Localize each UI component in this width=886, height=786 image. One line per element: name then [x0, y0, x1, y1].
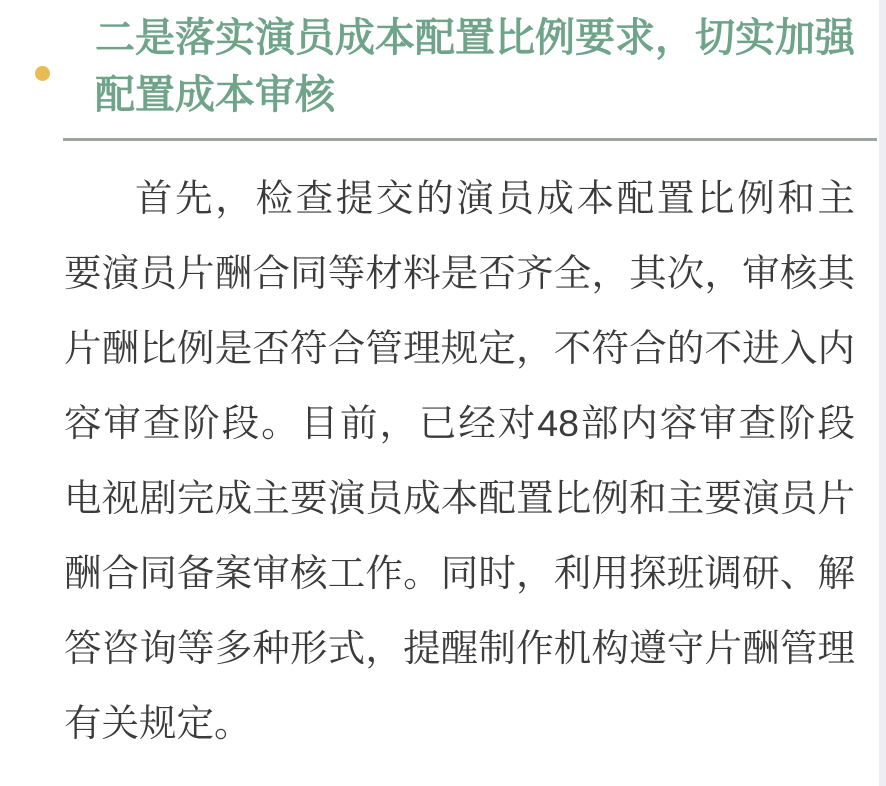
paragraph-line: 容审查阶段。目前，已经对48部内容审查阶段	[64, 386, 855, 461]
paragraph-line: 有关规定。	[64, 686, 855, 761]
paragraph-line: 首先，检查提交的演员成本配置比例和主	[64, 161, 855, 236]
paragraph-line: 要演员片酬合同等材料是否齐全，其次，审核其	[64, 236, 855, 311]
heading-line: 二是落实演员成本配置比例要求，切实加强	[95, 10, 865, 67]
heading-line: 配置成本审核	[95, 67, 865, 124]
paragraph-line: 酬合同备案审核工作。同时，利用探班调研、解	[64, 536, 855, 611]
paragraph-line: 电视剧完成主要演员成本配置比例和主要演员片	[64, 461, 855, 536]
section-bullet-dot-icon	[35, 66, 50, 81]
article-page: 二是落实演员成本配置比例要求，切实加强配置成本审核 首先，检查提交的演员成本配置…	[0, 0, 886, 786]
right-edge-gutter	[879, 0, 886, 786]
heading-divider-line	[63, 138, 877, 141]
section-heading: 二是落实演员成本配置比例要求，切实加强配置成本审核	[95, 10, 865, 124]
paragraph-line: 片酬比例是否符合管理规定，不符合的不进入内	[64, 311, 855, 386]
paragraph-line: 答咨询等多种形式，提醒制作机构遵守片酬管理	[64, 611, 855, 686]
body-paragraph: 首先，检查提交的演员成本配置比例和主要演员片酬合同等材料是否齐全，其次，审核其片…	[64, 161, 855, 761]
